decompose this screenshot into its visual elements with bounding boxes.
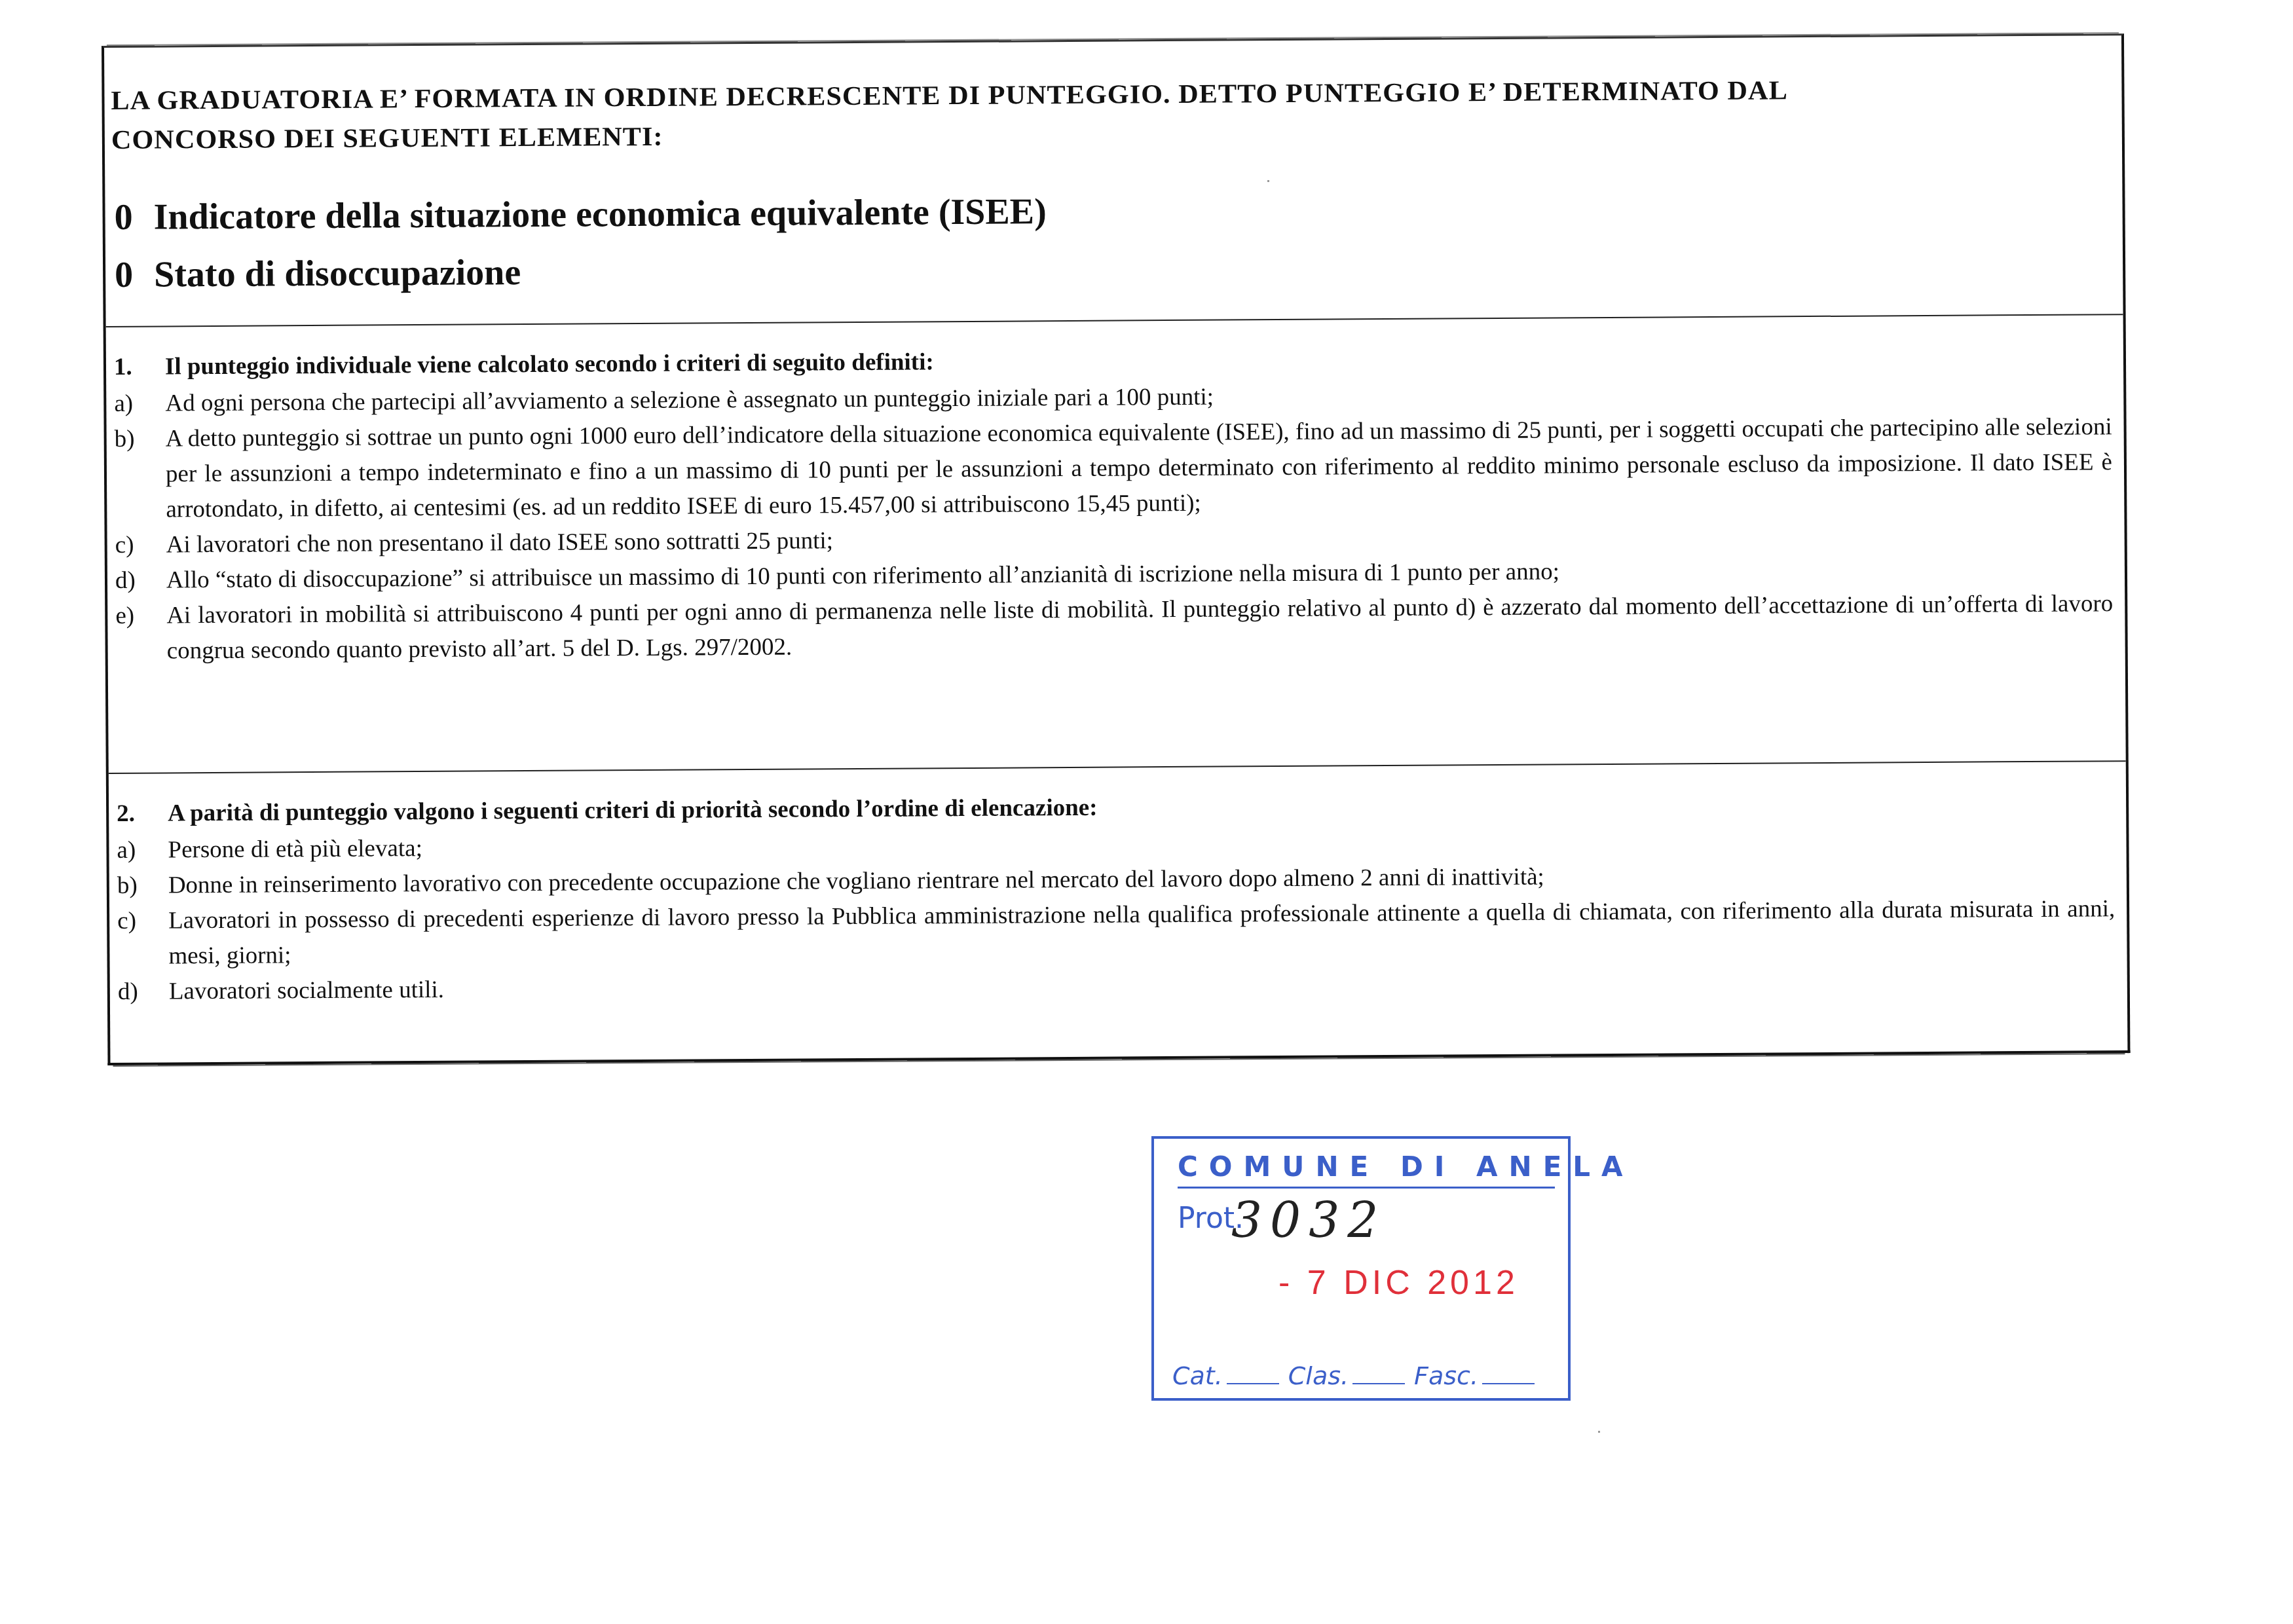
stamp-clas-blank: [1352, 1383, 1405, 1384]
item-text: A detto punteggio si sottrae un punto og…: [166, 409, 2113, 527]
item-label: a): [114, 386, 165, 421]
section-title-text: Il punteggio individuale viene calcolato…: [165, 348, 934, 380]
stamp-cat: Cat.: [1172, 1361, 1279, 1390]
section-1-items: a)Ad ogni persona che partecipi all’avvi…: [114, 374, 2114, 669]
item-text: Ai lavoratori in mobilità si attribuisco…: [166, 586, 2114, 669]
priority-c: c)Lavoratori in possesso di precedenti e…: [117, 891, 2116, 974]
section-number: 2.: [117, 797, 168, 830]
stamp-fasc-blank: [1482, 1383, 1535, 1384]
ranking-intro: LA GRADUATORIA E’ FORMATA IN ORDINE DECR…: [111, 70, 1788, 159]
criterion-b: b)A detto punteggio si sottrae un punto …: [115, 409, 2113, 528]
stamp-cat-label: Cat.: [1172, 1361, 1223, 1390]
element-text: Stato di disoccupazione: [154, 252, 521, 295]
section-scoring-criteria: 1.Il punteggio individuale viene calcola…: [106, 314, 2126, 774]
ranking-elements: 0Indicatore della situazione economica e…: [114, 183, 1047, 304]
section-2-items: a)Persone di età più elevata; b)Donne in…: [117, 821, 2116, 1010]
section-priority-criteria: 2.A parità di punteggio valgono i seguen…: [109, 760, 2128, 1063]
item-label: d): [118, 974, 169, 1009]
section-1-title: 1.Il punteggio individuale viene calcola…: [114, 346, 934, 384]
stamp-fasc-label: Fasc.: [1414, 1361, 1478, 1390]
item-label: b): [117, 868, 168, 903]
criterion-e: e)Ai lavoratori in mobilità si attribuis…: [115, 586, 2114, 669]
item-label: c): [115, 527, 166, 563]
scan-speck: [1267, 180, 1269, 182]
section-2-title: 2.A parità di punteggio valgono i seguen…: [117, 792, 1098, 830]
ranking-intro-section: LA GRADUATORIA E’ FORMATA IN ORDINE DECR…: [104, 35, 2123, 327]
criteria-frame: LA GRADUATORIA E’ FORMATA IN ORDINE DECR…: [102, 33, 2130, 1065]
stamp-fasc: Fasc.: [1414, 1361, 1535, 1390]
item-text: Lavoratori in possesso di precedenti esp…: [168, 891, 2116, 974]
stamp-prot-number: 3032: [1231, 1192, 1386, 1249]
item-label: c): [117, 903, 169, 974]
element-text: Indicatore della situazione economica eq…: [153, 191, 1046, 237]
element-isee: 0Indicatore della situazione economica e…: [114, 183, 1047, 246]
element-marker: 0: [115, 246, 155, 304]
item-label: b): [115, 421, 166, 527]
element-marker: 0: [114, 189, 154, 246]
item-label: e): [115, 598, 167, 669]
stamp-municipality: COMUNE DI ANELA: [1178, 1151, 1555, 1189]
item-label: d): [115, 563, 166, 598]
section-number: 1.: [114, 350, 165, 383]
protocol-stamp: COMUNE DI ANELA Prot. 3032 - 7 DIC 2012 …: [1151, 1136, 1571, 1401]
stamp-clas: Clas.: [1288, 1361, 1405, 1390]
stamp-fields: Cat. Clas. Fasc.: [1172, 1361, 1555, 1390]
stamp-clas-label: Clas.: [1288, 1361, 1349, 1390]
scan-speck: [1598, 1431, 1600, 1433]
stamp-date: - 7 DIC 2012: [1278, 1263, 1519, 1302]
section-title-text: A parità di punteggio valgono i seguenti…: [168, 794, 1098, 827]
item-label: a): [117, 832, 168, 868]
stamp-cat-blank: [1227, 1383, 1279, 1384]
element-unemployment: 0Stato di disoccupazione: [115, 240, 1047, 304]
